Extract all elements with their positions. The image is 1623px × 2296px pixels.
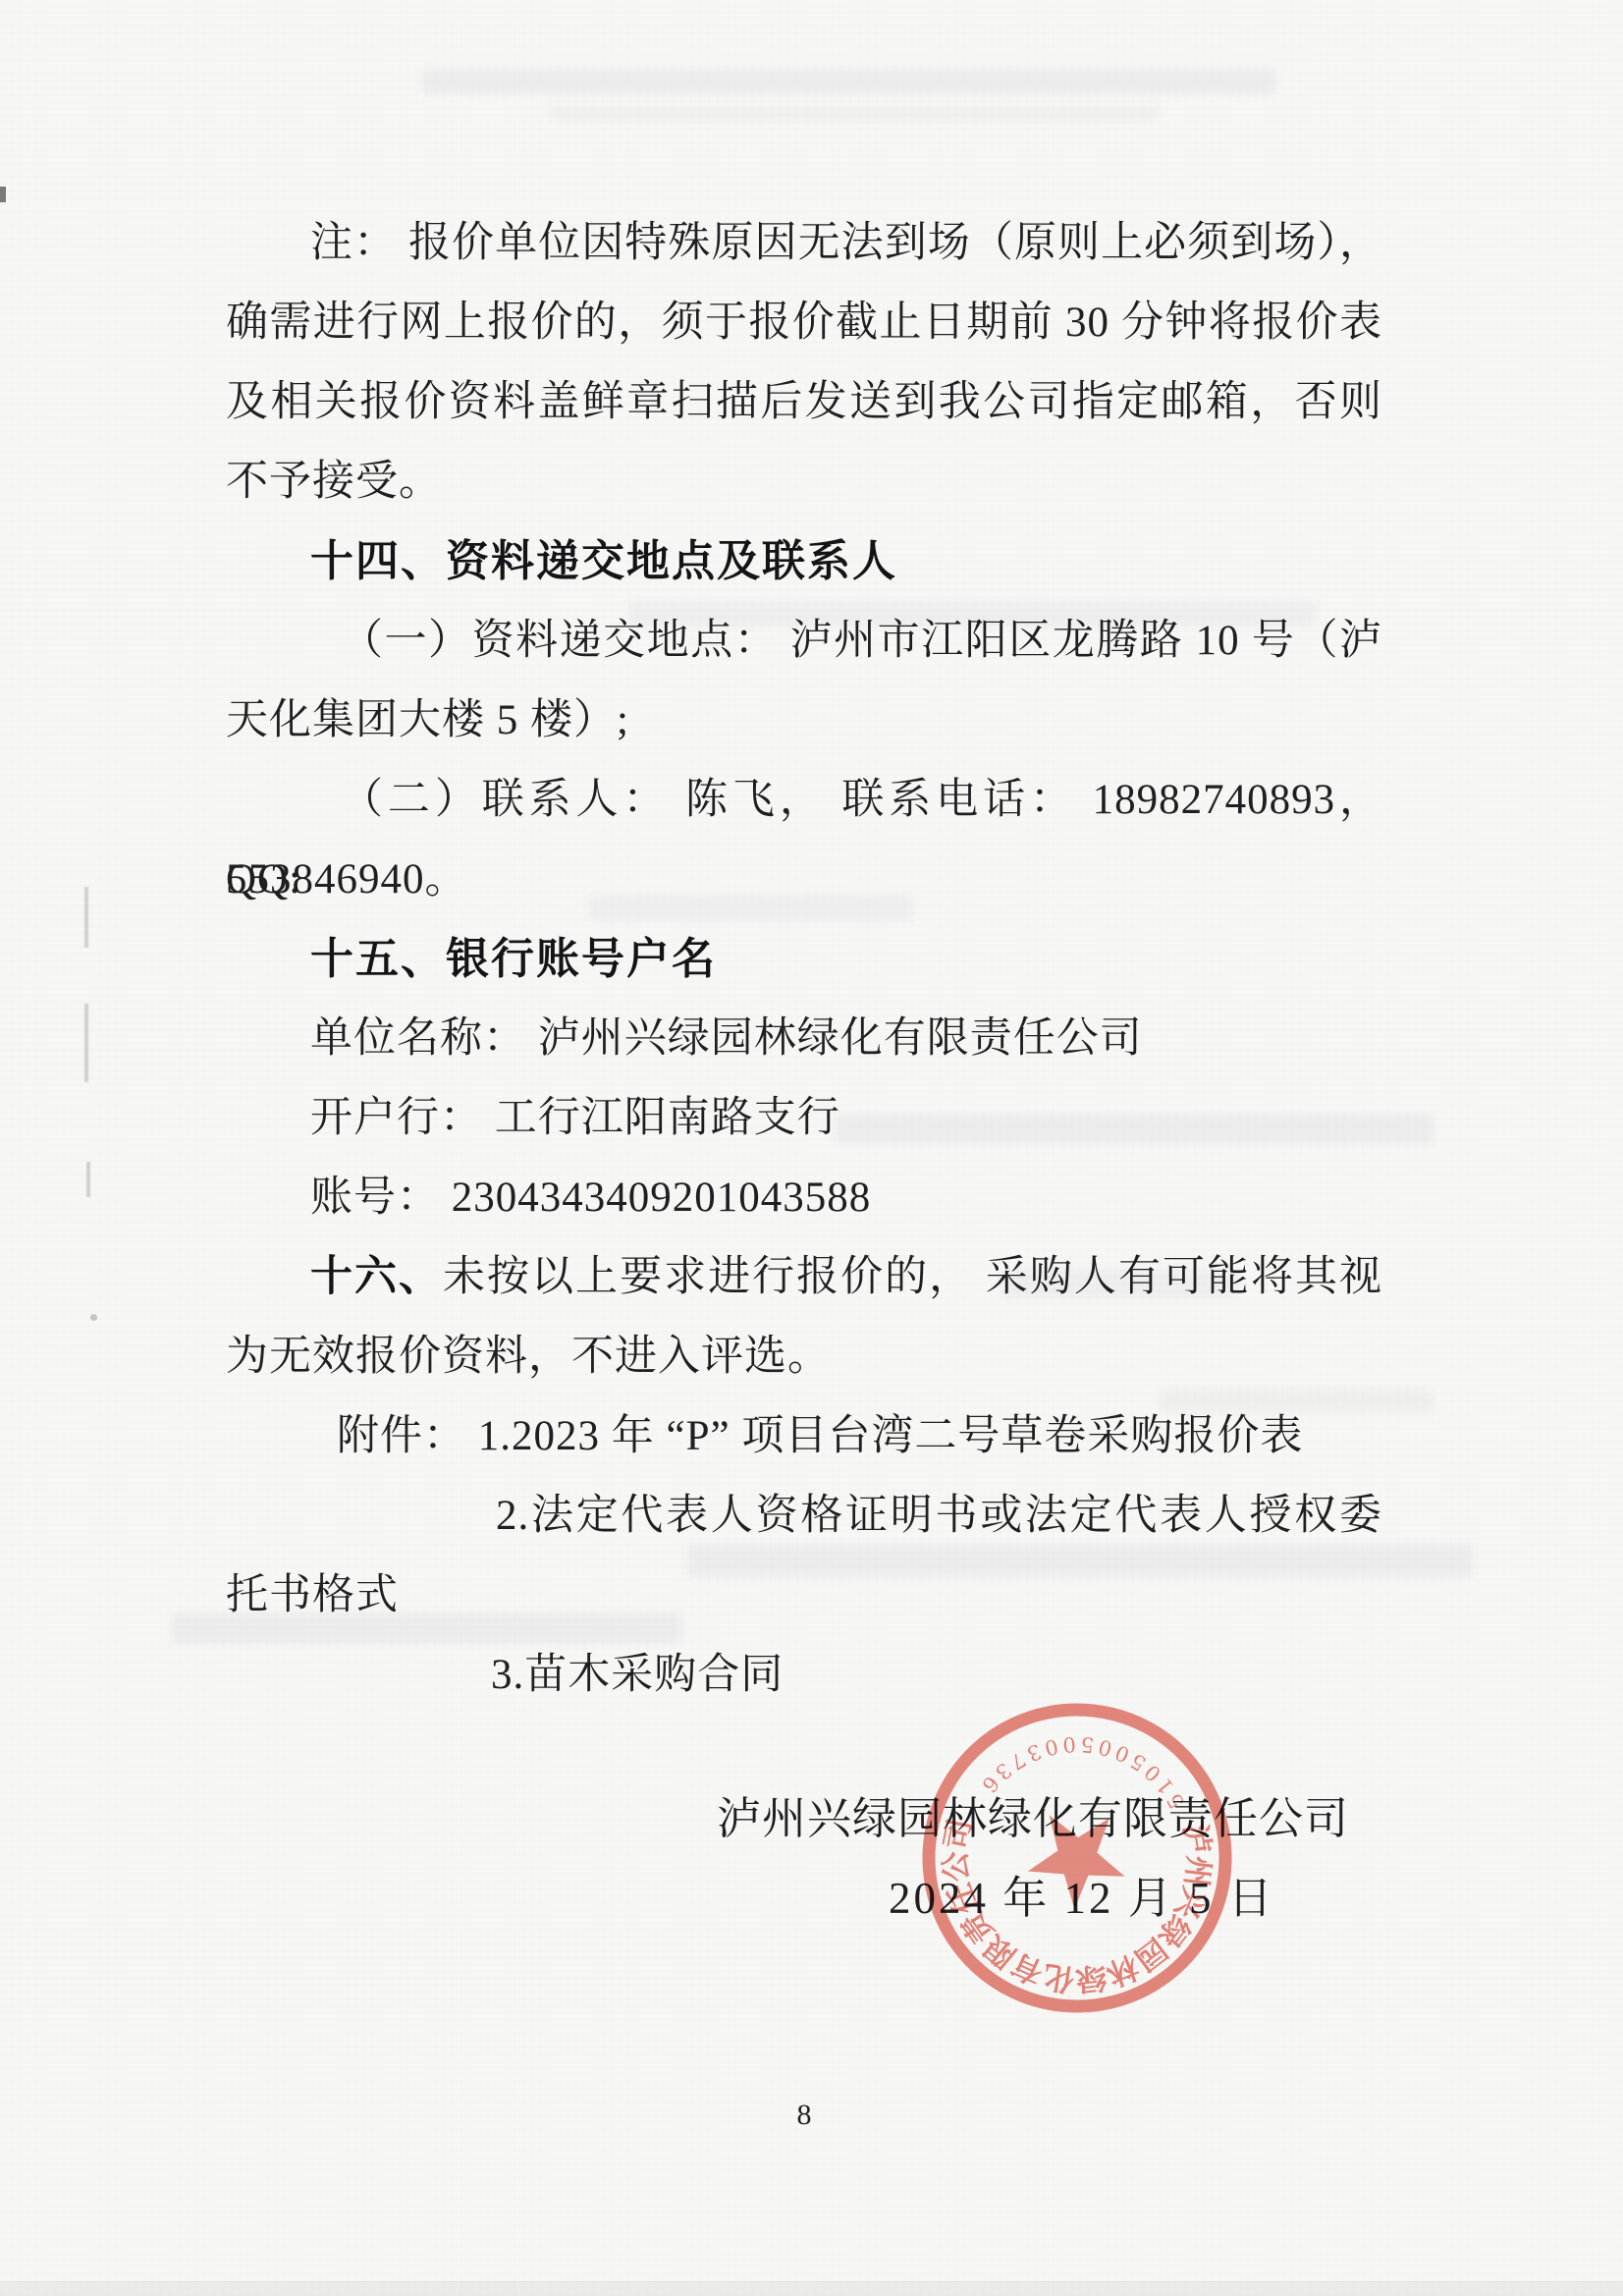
bleedthrough-artifact <box>550 106 1159 120</box>
bank-branch: 开户行： 工行江阳南路支行 <box>226 1078 1382 1158</box>
section-14-item-1-line-1: （一）资料递交地点： 泸州市江阳区龙腾路 10 号（泸 <box>226 601 1382 681</box>
section-14-item-1-line-2: 天化集团大楼 5 楼）; <box>226 681 1382 760</box>
seal-star-icon <box>1026 1814 1128 1911</box>
page-number: 8 <box>226 2096 1382 2135</box>
scan-speck <box>0 187 6 202</box>
note-line-2: 确需进行网上报价的，须于报价截止日期前 30 分钟将报价表 <box>226 283 1382 362</box>
scan-mark <box>84 1004 88 1082</box>
scan-mark <box>86 1162 90 1197</box>
note-line-4: 不予接受。 <box>226 442 1382 521</box>
section-14-item-2-line-1: （二）联系人： 陈飞， 联系电话： 18982740893，QQ: <box>226 760 1382 840</box>
bank-account-name: 单位名称： 泸州兴绿园林绿化有限责任公司 <box>226 999 1382 1078</box>
company-seal-stamp: 泸州兴绿园林绿化有限责任公司 5105005003736 <box>900 1681 1254 2035</box>
attachments-line-2: 2.法定代表人资格证明书或法定代表人授权委 <box>226 1476 1382 1556</box>
section-16-line-1: 十六、未按以上要求进行报价的， 采购人有可能将其视 <box>226 1237 1382 1317</box>
bleedthrough-artifact <box>422 69 1276 94</box>
attachments-line-3: 托书格式 <box>226 1556 1382 1635</box>
scan-speck <box>90 1314 97 1321</box>
note-line-1: 注： 报价单位因特殊原因无法到场（原则上必须到场）， <box>226 203 1382 283</box>
section-15-heading: 十五、银行账号户名 <box>226 919 1382 999</box>
section-16-line-1-text: 未按以上要求进行报价的， 采购人有可能将其视 <box>443 1254 1382 1300</box>
scanned-document-page: 注： 报价单位因特殊原因无法到场（原则上必须到场）， 确需进行网上报价的，须于报… <box>0 0 1623 2296</box>
section-16-heading-prefix: 十六、 <box>310 1253 443 1300</box>
section-14-heading: 十四、资料递交地点及联系人 <box>226 521 1382 601</box>
section-14-item-2-line-2: 553846940。 <box>226 840 1382 919</box>
attachments-line-1: 附件： 1.2023 年 “P” 项目台湾二号草卷采购报价表 <box>226 1396 1382 1476</box>
scan-mark <box>84 887 88 948</box>
note-line-3: 及相关报价资料盖鲜章扫描后发送到我公司指定邮箱，否则 <box>226 362 1382 442</box>
bank-account-number: 账号： 2304343409201043588 <box>226 1158 1382 1237</box>
scanner-edge <box>0 2281 1623 2296</box>
section-16-line-2: 为无效报价资料，不进入评选。 <box>226 1317 1382 1396</box>
